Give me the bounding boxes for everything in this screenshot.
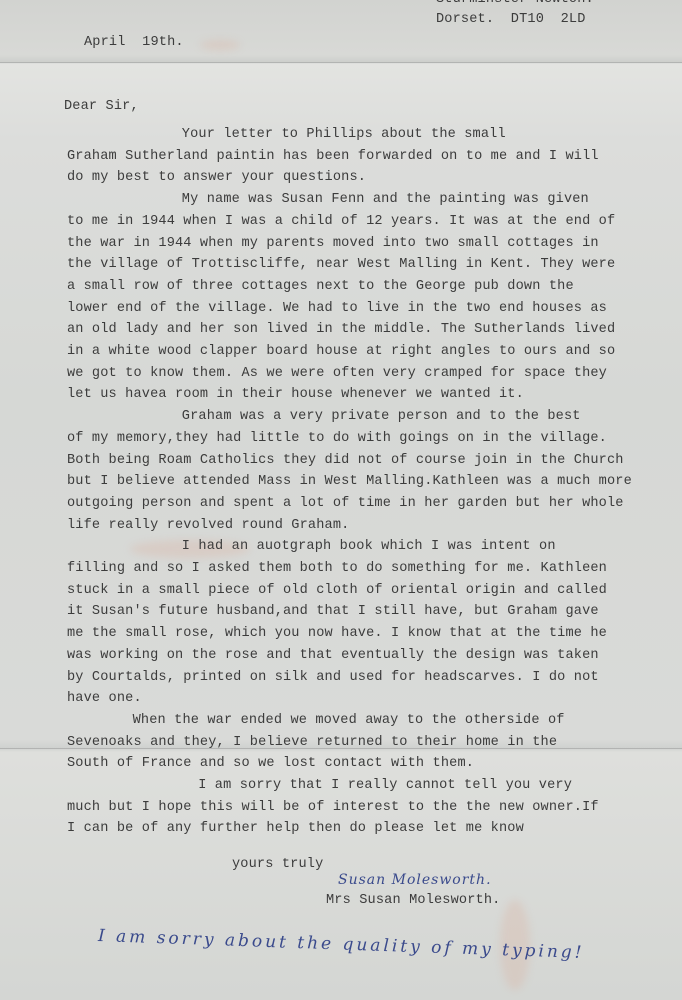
- body-line: South of France and so we lost contact w…: [67, 756, 474, 772]
- body-line: but I believe attended Mass in West Mall…: [67, 474, 632, 490]
- body-line: When the war ended we moved away to the …: [133, 713, 565, 729]
- body-line: the war in 1944 when my parents moved in…: [67, 236, 599, 252]
- body-line: My name was Susan Fenn and the painting …: [182, 192, 589, 208]
- body-line: Both being Roam Catholics they did not o…: [67, 453, 624, 469]
- body-line: life really revolved round Graham.: [67, 518, 349, 534]
- body-line: by Courtalds, printed on silk and used f…: [67, 670, 599, 686]
- body-line: Graham was a very private person and to …: [182, 409, 581, 425]
- body-line: let us havea room in their house wheneve…: [67, 387, 524, 403]
- body-line: a small row of three cottages next to th…: [67, 279, 574, 295]
- body-line: have one.: [67, 691, 142, 707]
- body-line: stuck in a small piece of old cloth of o…: [67, 583, 607, 599]
- body-line: I can be of any further help then do ple…: [67, 821, 524, 837]
- body-line: Graham Sutherland paintin has been forwa…: [67, 149, 599, 165]
- closing: yours truly: [232, 857, 323, 873]
- body-line: outgoing person and spent a lot of time …: [67, 496, 624, 512]
- handwritten-signature: Susan Molesworth.: [338, 872, 492, 888]
- body-line: much but I hope this will be of interest…: [67, 800, 599, 816]
- typed-name: Mrs Susan Molesworth.: [326, 893, 500, 909]
- address-line-1: Sturminster Newton.: [436, 0, 594, 8]
- body-line: I had an auotgraph book which I was inte…: [182, 539, 556, 555]
- body-line: Your letter to Phillips about the small: [182, 127, 506, 143]
- body-line: the village of Trottiscliffe, near West …: [67, 257, 615, 273]
- letter-date: April 19th.: [84, 35, 184, 51]
- body-line: filling and so I asked them both to do s…: [67, 561, 607, 577]
- letter-page: Sturminster Newton. Dorset. DT10 2LD Apr…: [0, 0, 682, 1000]
- body-line: in a white wood clapper board house at r…: [67, 344, 615, 360]
- body-line: we got to know them. As we were often ve…: [67, 366, 607, 382]
- paper-fold: [0, 62, 682, 63]
- body-line: it Susan's future husband,and that I sti…: [67, 604, 599, 620]
- body-line: was working on the rose and that eventua…: [67, 648, 599, 664]
- body-line: Sevenoaks and they, I believe returned t…: [67, 735, 557, 751]
- body-line: lower end of the village. We had to live…: [67, 301, 607, 317]
- body-line: do my best to answer your questions.: [67, 170, 366, 186]
- address-line-2: Dorset. DT10 2LD: [436, 12, 586, 28]
- body-line: I am sorry that I really cannot tell you…: [198, 778, 572, 794]
- body-line: of my memory,they had little to do with …: [67, 431, 607, 447]
- body-line: to me in 1944 when I was a child of 12 y…: [67, 214, 615, 230]
- paper-stain: [200, 40, 240, 50]
- salutation: Dear Sir,: [64, 99, 139, 115]
- body-line: an old lady and her son lived in the mid…: [67, 322, 615, 338]
- body-line: me the small rose, which you now have. I…: [67, 626, 607, 642]
